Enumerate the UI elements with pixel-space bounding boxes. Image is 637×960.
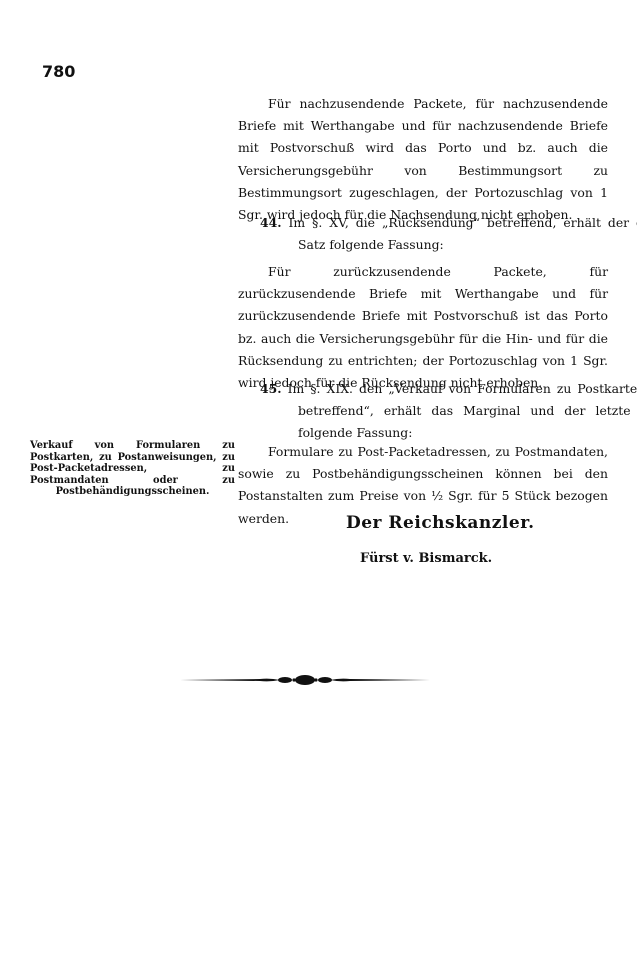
signature-title: Der Reichskanzler. xyxy=(346,513,535,533)
marginal-note: Verkauf von Formularen zu Postkarten, zu… xyxy=(30,440,235,498)
page-number: 780 xyxy=(42,62,75,81)
decorative-rule-ornament-icon xyxy=(180,672,430,688)
item-number: 45. xyxy=(260,381,282,396)
item-text: Im §. XIX. den „Verkauf von Formularen z… xyxy=(288,381,637,440)
paragraph-text: Für nachzusendende Packete, für nachzuse… xyxy=(238,93,608,226)
item-text: Im §. XV, die „Rücksendung“ betreffend, … xyxy=(289,215,637,252)
signature-name: Fürst v. Bismarck. xyxy=(360,551,492,566)
paragraph-ruecksendung: Für zurückzusendende Packete, für zurück… xyxy=(238,261,608,394)
item-44: 44. Im §. XV, die „Rücksendung“ betreffe… xyxy=(238,212,637,256)
item-number: 44. xyxy=(260,215,282,230)
item-45: 45. Im §. XIX. den „Verkauf von Formular… xyxy=(238,378,637,445)
paragraph-nachsendung: Für nachzusendende Packete, für nachzuse… xyxy=(238,93,608,226)
